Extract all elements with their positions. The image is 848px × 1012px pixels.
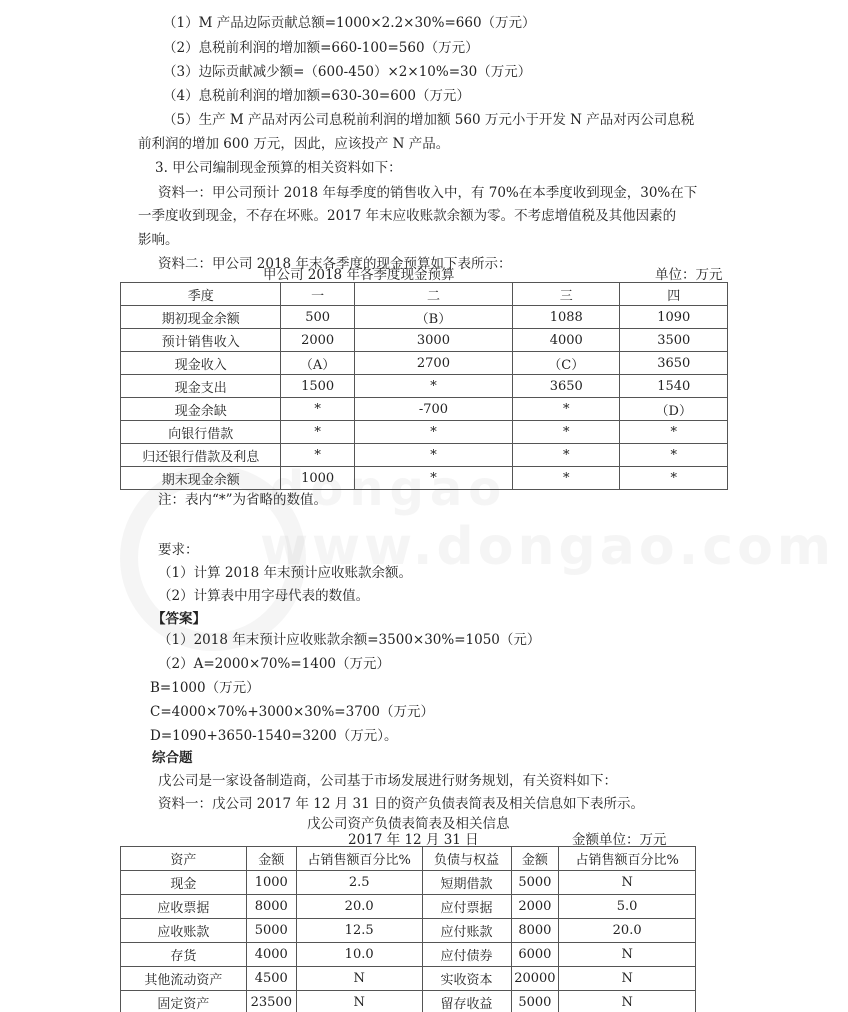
table-header-row: 资产 金额 占销售额百分比% 负债与权益 金额 占销售额百分比%: [121, 847, 696, 871]
answer-line-1: （1）2018 年末预计应收账款余额=3500×30%=1050（元）: [158, 630, 540, 650]
table-row: 其他流动资产 4500 N 实收资本 20000 N: [121, 967, 696, 991]
cell: *: [513, 444, 620, 467]
cell: 应收票据: [121, 895, 247, 919]
cell: *: [281, 398, 354, 421]
table1-note: 注：表内“*”为省略的数值。: [158, 490, 327, 510]
row-label: 期末现金余额: [121, 467, 281, 490]
cell: 存货: [121, 943, 247, 967]
cell: 现金: [121, 871, 247, 895]
answer-title: 【答案】: [152, 609, 206, 629]
row-label: 现金余缺: [121, 398, 281, 421]
cell: N: [559, 943, 696, 967]
cell: 1540: [620, 375, 728, 398]
cell: 应付账款: [422, 919, 511, 943]
cell: 3000: [354, 329, 512, 352]
table-row: 现金余缺 * -700 * （D）: [121, 398, 728, 421]
cell: 1500: [281, 375, 354, 398]
table-header-row: 季度 一 二 三 四: [121, 283, 728, 306]
cell: 20.0: [296, 895, 422, 919]
cell: 2000: [511, 895, 559, 919]
intro-line-1: （1）M 产品边际贡献总额=1000×2.2×30%=660（万元）: [163, 13, 536, 33]
table-row: 现金收入 （A） 2700 （C） 3650: [121, 352, 728, 375]
cell: *: [354, 375, 512, 398]
header-cell: 资产: [121, 847, 247, 871]
table-row: 应收票据 8000 20.0 应付票据 2000 5.0: [121, 895, 696, 919]
header-cell: 金额: [511, 847, 559, 871]
cell: -700: [354, 398, 512, 421]
cell: *: [281, 421, 354, 444]
answer-line-d: D=1090+3650-1540=3200（万元）。: [150, 726, 398, 746]
cell: 1088: [513, 306, 620, 329]
cell: 23500: [246, 991, 296, 1012]
intro-line-3: （3）边际贡献减少额=（600-450）×2×10%=30（万元）: [163, 62, 531, 82]
header-cell: 负债与权益: [422, 847, 511, 871]
cell: 6000: [511, 943, 559, 967]
row-label: 归还银行借款及利息: [121, 444, 281, 467]
header-cell: 金额: [246, 847, 296, 871]
cell: （B）: [354, 306, 512, 329]
cell: 4500: [246, 967, 296, 991]
row-label: 预计销售收入: [121, 329, 281, 352]
cell: N: [559, 871, 696, 895]
cell: N: [559, 967, 696, 991]
cell: 4000: [246, 943, 296, 967]
cell: 3650: [513, 375, 620, 398]
cell: *: [354, 444, 512, 467]
cell: *: [620, 467, 728, 490]
table-row: 预计销售收入 2000 3000 4000 3500: [121, 329, 728, 352]
cell: *: [354, 421, 512, 444]
table-row: 现金 1000 2.5 短期借款 5000 N: [121, 871, 696, 895]
balance-sheet-table: 资产 金额 占销售额百分比% 负债与权益 金额 占销售额百分比% 现金 1000…: [120, 846, 696, 1012]
cell: （C）: [513, 352, 620, 375]
cell: *: [354, 467, 512, 490]
cell: 应收账款: [121, 919, 247, 943]
cell: 5000: [511, 991, 559, 1012]
cell: 4000: [513, 329, 620, 352]
header-cell: 四: [620, 283, 728, 306]
cell: 应付债券: [422, 943, 511, 967]
cell: 1000: [246, 871, 296, 895]
answer-line-c: C=4000×70%+3000×30%=3700（万元）: [150, 702, 434, 722]
material-one-line-3: 影响。: [138, 230, 179, 250]
cell: 2.5: [296, 871, 422, 895]
section2-line-1: 戊公司是一家设备制造商，公司基于市场发展进行财务规划，有关资料如下：: [158, 771, 617, 791]
cell: 2000: [281, 329, 354, 352]
cell: 5000: [246, 919, 296, 943]
header-cell: 占销售额百分比%: [296, 847, 422, 871]
header-cell: 三: [513, 283, 620, 306]
intro-line-6: 前利润的增加 600 万元，因此，应该投产 N 产品。: [138, 134, 449, 154]
cell: 500: [281, 306, 354, 329]
cell: 3650: [620, 352, 728, 375]
material-one-line-1: 资料一：甲公司预计 2018 年每季度的销售收入中，有 70%在本季度收到现金，…: [158, 183, 697, 203]
material-one-line-2: 一季度收到现金，不存在坏账。2017 年末应收账款余额为零。不考虑增值税及其他因…: [138, 206, 676, 226]
cell: 12.5: [296, 919, 422, 943]
cash-budget-table: 季度 一 二 三 四 期初现金余额 500 （B） 1088 1090 预计销售…: [120, 282, 728, 490]
header-cell: 季度: [121, 283, 281, 306]
cell: 20000: [511, 967, 559, 991]
cell: *: [513, 421, 620, 444]
row-label: 向银行借款: [121, 421, 281, 444]
answer-line-b: B=1000（万元）: [150, 678, 260, 698]
cell: 5.0: [559, 895, 696, 919]
row-label: 现金支出: [121, 375, 281, 398]
cell: 8000: [246, 895, 296, 919]
cell: 固定资产: [121, 991, 247, 1012]
cell: 其他流动资产: [121, 967, 247, 991]
section2-line-2: 资料一：戊公司 2017 年 12 月 31 日的资产负债表简表及相关信息如下表…: [158, 794, 644, 814]
table-row: 向银行借款 * * * *: [121, 421, 728, 444]
answer-line-2: （2）A=2000×70%=1400（万元）: [158, 654, 390, 674]
cell: N: [296, 991, 422, 1012]
cell: 应付票据: [422, 895, 511, 919]
cell: N: [559, 991, 696, 1012]
comprehensive-question-heading: 综合题: [152, 748, 193, 768]
cell: 8000: [511, 919, 559, 943]
header-cell: 一: [281, 283, 354, 306]
cell: *: [281, 444, 354, 467]
cell: 留存收益: [422, 991, 511, 1012]
cell: 2700: [354, 352, 512, 375]
table-row: 存货 4000 10.0 应付债券 6000 N: [121, 943, 696, 967]
cell: （D）: [620, 398, 728, 421]
intro-line-5: （5）生产 M 产品对丙公司息税前利润的增加额 560 万元小于开发 N 产品对…: [163, 110, 694, 130]
table-row: 现金支出 1500 * 3650 1540: [121, 375, 728, 398]
intro-line-4: （4）息税前利润的增加额=630-30=600（万元）: [163, 86, 470, 106]
table-row: 归还银行借款及利息 * * * *: [121, 444, 728, 467]
header-cell: 占销售额百分比%: [559, 847, 696, 871]
row-label: 现金收入: [121, 352, 281, 375]
requirement-item-2: （2）计算表中用字母代表的数值。: [158, 586, 369, 606]
cell: 10.0: [296, 943, 422, 967]
cell: *: [620, 421, 728, 444]
row-label: 期初现金余额: [121, 306, 281, 329]
cell: 20.0: [559, 919, 696, 943]
requirement-item-1: （1）计算 2018 年末预计应收账款余额。: [158, 563, 412, 583]
cell: （A）: [281, 352, 354, 375]
requirements-title: 要求：: [158, 540, 199, 560]
table-row: 应收账款 5000 12.5 应付账款 8000 20.0: [121, 919, 696, 943]
intro-line-2: （2）息税前利润的增加额=660-100=560（万元）: [163, 38, 479, 58]
table-row: 期末现金余额 1000 * * *: [121, 467, 728, 490]
header-cell: 二: [354, 283, 512, 306]
cell: N: [296, 967, 422, 991]
cell: *: [513, 467, 620, 490]
cell: 1000: [281, 467, 354, 490]
cell: *: [620, 444, 728, 467]
section-heading-3: 3. 甲公司编制现金预算的相关资料如下：: [155, 158, 402, 178]
table-row: 期初现金余额 500 （B） 1088 1090: [121, 306, 728, 329]
table-row: 固定资产 23500 N 留存收益 5000 N: [121, 991, 696, 1012]
cell: *: [513, 398, 620, 421]
cell: 3500: [620, 329, 728, 352]
cell: 5000: [511, 871, 559, 895]
cell: 实收资本: [422, 967, 511, 991]
cell: 1090: [620, 306, 728, 329]
cell: 短期借款: [422, 871, 511, 895]
